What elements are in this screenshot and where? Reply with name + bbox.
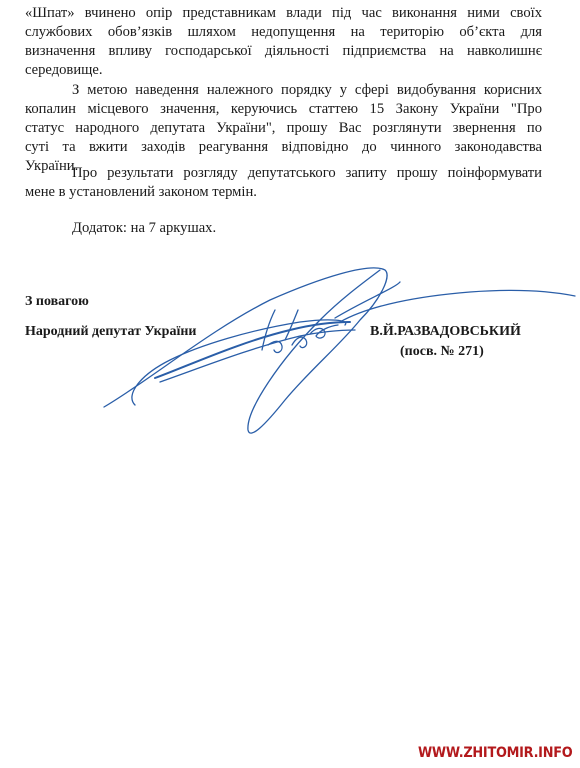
text-line: Про результати розгляду депутатського за… [25,164,542,183]
site-watermark: WWW.ZHITOMIR.INFO [418,745,572,761]
attachment-note: Додаток: на 7 аркушах. [72,220,216,237]
closing-phrase: З повагою [25,294,89,310]
signatory-name: В.Й.РАЗВАДОВСЬКИЙ [370,324,521,340]
text-line: визначення впливу господарської діяльнос… [25,42,542,61]
signatory-title: Народний депутат України [25,324,196,340]
document-page: «Шпат» вчинено опір представникам влади … [0,0,580,768]
text-line: «Шпат» вчинено опір представникам влади … [25,4,542,23]
text-line: копалин місцевого значення, керуючись ст… [25,100,542,119]
text-line: середовище. [25,61,542,80]
text-line: службових обов’язків шляхом недопущення … [25,23,542,42]
text-line: статус народного депутата України", прош… [25,119,542,138]
paragraph-1: «Шпат» вчинено опір представникам влади … [25,4,542,80]
paragraph-2: З метою наведення належного порядку у сф… [25,81,542,176]
text-line: суті та вжити заходів реагування відпові… [25,138,542,157]
text-line: мене в установлений законом термін. [25,183,542,202]
text-line: З метою наведення належного порядку у сф… [25,81,542,100]
paragraph-3: Про результати розгляду депутатського за… [25,164,542,202]
certificate-number: (посв. № 271) [400,344,484,360]
